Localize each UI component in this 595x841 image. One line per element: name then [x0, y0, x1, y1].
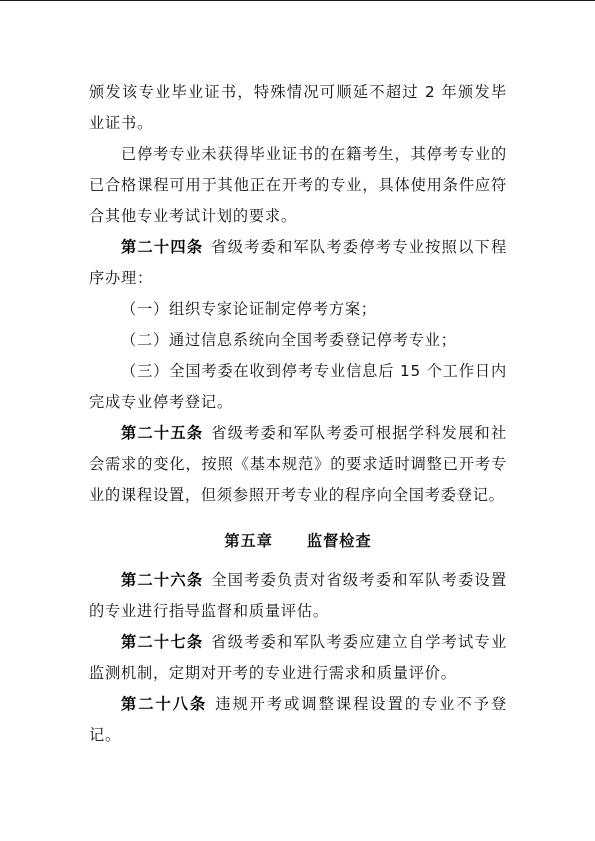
chapter-number: 第五章 [224, 532, 273, 550]
article-26: 第二十六条全国考委负责对省级考委和军队考委设置的专业进行指导监督和质量评估。 [89, 565, 507, 627]
paragraph-certificate-continuation: 颁发该专业毕业证书，特殊情况可顺延不超过 2 年颁发毕业证书。 [89, 77, 507, 139]
article-24-item-3: （三）全国考委在收到停考专业信息后 15 个工作日内完成专业停考登记。 [89, 356, 507, 418]
chapter-title: 监督检查 [307, 532, 372, 550]
chapter-heading: 第五章监督检查 [89, 526, 507, 557]
article-27: 第二十七条省级考委和军队考委应建立自学考试专业监测机制，定期对开考的专业进行需求… [89, 627, 507, 689]
article-24: 第二十四条省级考委和军队考委停考专业按照以下程序办理： [89, 232, 507, 294]
top-border-line [0, 0, 595, 1]
paragraph-suspended-major-courses: 已停考专业未获得毕业证书的在籍考生，其停考专业的已合格课程可用于其他正在开考的专… [89, 139, 507, 232]
article-24-label: 第二十四条 [121, 238, 203, 256]
article-28: 第二十八条违规开考或调整课程设置的专业不予登记。 [89, 689, 507, 751]
article-24-item-1: （一）组织专家论证制定停考方案； [89, 294, 507, 325]
document-page: 颁发该专业毕业证书，特殊情况可顺延不超过 2 年颁发毕业证书。 已停考专业未获得… [89, 77, 507, 751]
article-24-item-2: （二）通过信息系统向全国考委登记停考专业； [89, 325, 507, 356]
article-28-label: 第二十八条 [121, 695, 207, 713]
article-25-label: 第二十五条 [121, 424, 203, 442]
article-25: 第二十五条省级考委和军队考委可根据学科发展和社会需求的变化，按照《基本规范》的要… [89, 418, 507, 511]
article-26-label: 第二十六条 [121, 571, 203, 589]
article-27-label: 第二十七条 [121, 633, 203, 651]
